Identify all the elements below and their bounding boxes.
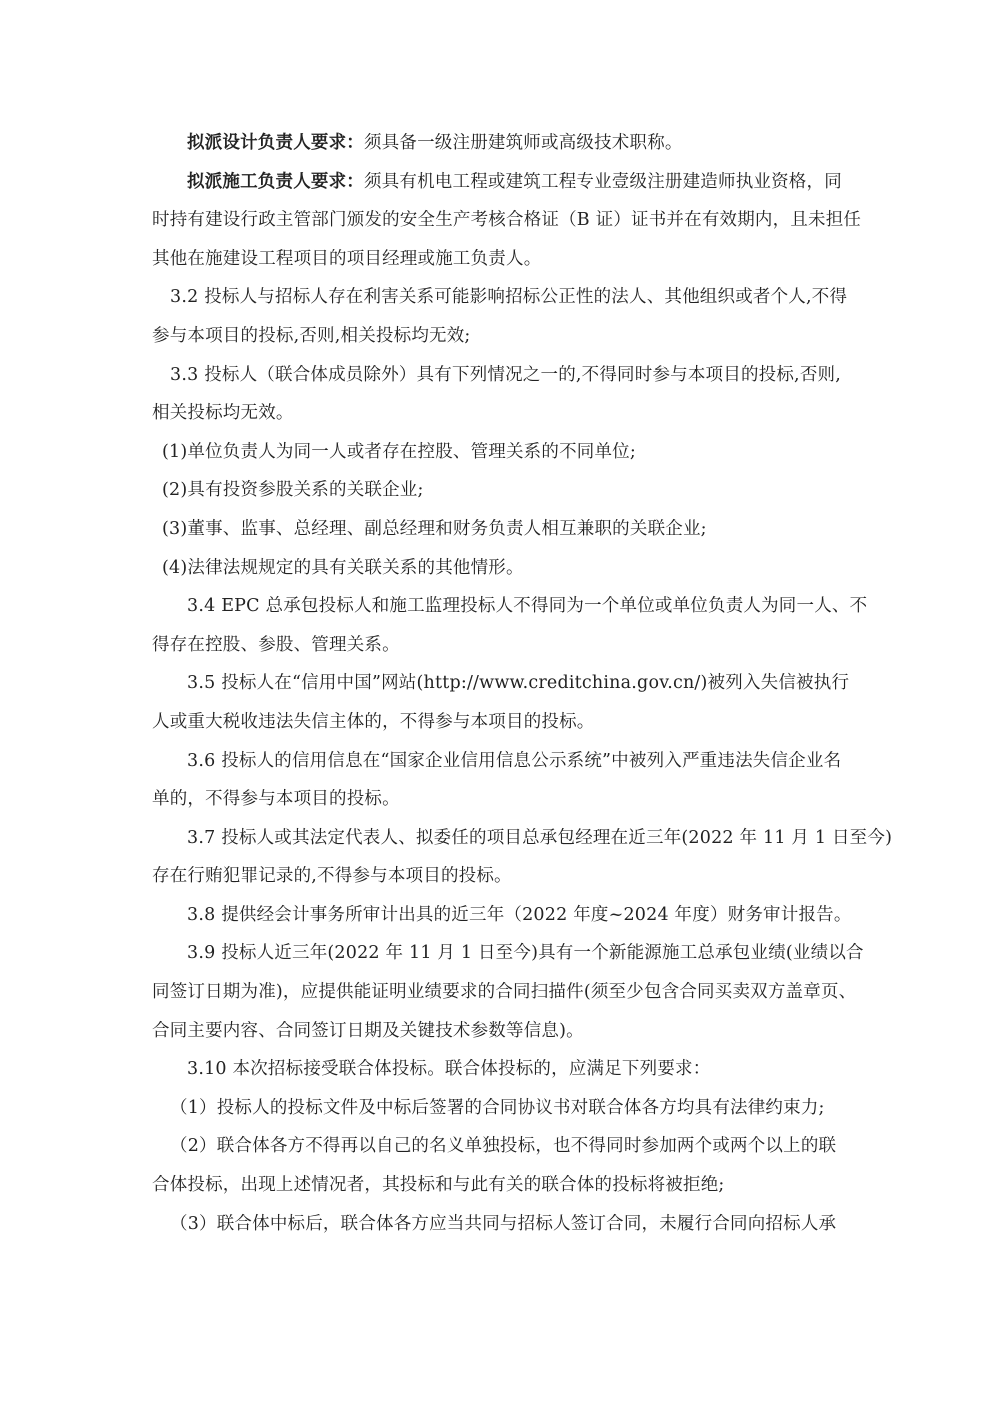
clause-3-3-item-4: (4)法律法规规定的具有关联关系的其他情形。 (152, 549, 852, 588)
clause-3-7: 3.7 投标人或其法定代表人、拟委任的项目总承包经理在近三年(2022 年 11… (152, 819, 852, 858)
paragraph-design-lead: 拟派设计负责人要求：须具备一级注册建筑师或高级技术职称。 (152, 124, 852, 163)
text-line: 存在行贿犯罪记录的,不得参与本项目的投标。 (152, 857, 852, 896)
clause-3-8: 3.8 提供经会计事务所审计出具的近三年（2022 年度~2024 年度）财务审… (152, 896, 852, 935)
clause-3-5-cont: 人或重大税收违法失信主体的，不得参与本项目的投标。 (152, 703, 852, 742)
text-line: 人或重大税收违法失信主体的，不得参与本项目的投标。 (152, 703, 852, 742)
document-page: 拟派设计负责人要求：须具备一级注册建筑师或高级技术职称。 拟派施工负责人要求：须… (152, 124, 852, 1243)
clause-3-3-cont: 相关投标均无效。 (152, 394, 852, 433)
clause-3-2: 3.2 投标人与招标人存在利害关系可能影响招标公正性的法人、其他组织或者个人,不… (152, 278, 852, 317)
text-line: 得存在控股、参股、管理关系。 (152, 626, 852, 665)
label-design-lead: 拟派设计负责人要求： (187, 133, 364, 153)
text-line: 3.2 投标人与招标人存在利害关系可能影响招标公正性的法人、其他组织或者个人,不… (152, 278, 852, 317)
text-line: 3.3 投标人（联合体成员除外）具有下列情况之一的,不得同时参与本项目的投标,否… (152, 356, 852, 395)
text-line: 其他在施建设工程项目的项目经理或施工负责人。 (152, 240, 852, 279)
text-line: 参与本项目的投标,否则,相关投标均无效; (152, 317, 852, 356)
clause-3-5: 3.5 投标人在“信用中国”网站(http://www.creditchina.… (152, 664, 852, 703)
text-line: 合体投标，出现上述情况者，其投标和与此有关的联合体的投标将被拒绝; (152, 1166, 852, 1205)
paragraph-construction-lead-cont: 时持有建设行政主管部门颁发的安全生产考核合格证（B 证）证书并在有效期内，且未担… (152, 201, 852, 278)
clause-3-10: 3.10 本次招标接受联合体投标。联合体投标的，应满足下列要求： (152, 1050, 852, 1089)
text-line: 3.8 提供经会计事务所审计出具的近三年（2022 年度~2024 年度）财务审… (152, 896, 852, 935)
text-line: (4)法律法规规定的具有关联关系的其他情形。 (152, 549, 852, 588)
text-line: (2)具有投资参股关系的关联企业; (152, 471, 852, 510)
text-design-lead: 须具备一级注册建筑师或高级技术职称。 (364, 133, 683, 153)
text-line: 3.9 投标人近三年(2022 年 11 月 1 日至今)具有一个新能源施工总承… (152, 934, 852, 973)
text-line: 3.6 投标人的信用信息在“国家企业信用信息公示系统”中被列入严重违法失信企业名 (152, 742, 852, 781)
clause-3-3-item-2: (2)具有投资参股关系的关联企业; (152, 471, 852, 510)
clause-3-7-cont: 存在行贿犯罪记录的,不得参与本项目的投标。 (152, 857, 852, 896)
text-line: (3)董事、监事、总经理、副总经理和财务负责人相互兼职的关联企业; (152, 510, 852, 549)
text-line: 时持有建设行政主管部门颁发的安全生产考核合格证（B 证）证书并在有效期内，且未担… (152, 201, 852, 240)
text-line: （3）联合体中标后，联合体各方应当共同与招标人签订合同，未履行合同向招标人承 (152, 1205, 852, 1244)
text-line: (1)单位负责人为同一人或者存在控股、管理关系的不同单位; (152, 433, 852, 472)
label-construction-lead: 拟派施工负责人要求： (187, 172, 364, 192)
text-line: 3.4 EPC 总承包投标人和施工监理投标人不得同为一个单位或单位负责人为同一人… (152, 587, 852, 626)
clause-3-9-cont: 同签订日期为准)，应提供能证明业绩要求的合同扫描件(须至少包含合同买卖双方盖章页… (152, 973, 852, 1050)
clause-3-10-item-2: （2）联合体各方不得再以自己的名义单独投标，也不得同时参加两个或两个以上的联 (152, 1127, 852, 1166)
clause-3-6-cont: 单的，不得参与本项目的投标。 (152, 780, 852, 819)
clause-3-10-item-2-cont: 合体投标，出现上述情况者，其投标和与此有关的联合体的投标将被拒绝; (152, 1166, 852, 1205)
text-line: （2）联合体各方不得再以自己的名义单独投标，也不得同时参加两个或两个以上的联 (152, 1127, 852, 1166)
text-line: 须具有机电工程或建筑工程专业壹级注册建造师执业资格，同 (364, 172, 842, 192)
text-line: 3.7 投标人或其法定代表人、拟委任的项目总承包经理在近三年(2022 年 11… (152, 819, 852, 858)
text-line: 单的，不得参与本项目的投标。 (152, 780, 852, 819)
clause-3-6: 3.6 投标人的信用信息在“国家企业信用信息公示系统”中被列入严重违法失信企业名 (152, 742, 852, 781)
text-line: （1）投标人的投标文件及中标后签署的合同协议书对联合体各方均具有法律约束力; (152, 1089, 852, 1128)
clause-3-10-item-3: （3）联合体中标后，联合体各方应当共同与招标人签订合同，未履行合同向招标人承 (152, 1205, 852, 1244)
text-line: 3.10 本次招标接受联合体投标。联合体投标的，应满足下列要求： (152, 1050, 852, 1089)
text-line: 相关投标均无效。 (152, 394, 852, 433)
clause-3-4: 3.4 EPC 总承包投标人和施工监理投标人不得同为一个单位或单位负责人为同一人… (152, 587, 852, 626)
clause-3-3-item-1: (1)单位负责人为同一人或者存在控股、管理关系的不同单位; (152, 433, 852, 472)
clause-3-9: 3.9 投标人近三年(2022 年 11 月 1 日至今)具有一个新能源施工总承… (152, 934, 852, 973)
text-line: 3.5 投标人在“信用中国”网站(http://www.creditchina.… (152, 664, 852, 703)
clause-3-4-cont: 得存在控股、参股、管理关系。 (152, 626, 852, 665)
clause-3-2-cont: 参与本项目的投标,否则,相关投标均无效; (152, 317, 852, 356)
text-line: 合同主要内容、合同签订日期及关键技术参数等信息)。 (152, 1012, 852, 1051)
paragraph-construction-lead: 拟派施工负责人要求：须具有机电工程或建筑工程专业壹级注册建造师执业资格，同 (152, 163, 852, 202)
text-line: 同签订日期为准)，应提供能证明业绩要求的合同扫描件(须至少包含合同买卖双方盖章页… (152, 973, 852, 1012)
clause-3-3: 3.3 投标人（联合体成员除外）具有下列情况之一的,不得同时参与本项目的投标,否… (152, 356, 852, 395)
clause-3-3-item-3: (3)董事、监事、总经理、副总经理和财务负责人相互兼职的关联企业; (152, 510, 852, 549)
clause-3-10-item-1: （1）投标人的投标文件及中标后签署的合同协议书对联合体各方均具有法律约束力; (152, 1089, 852, 1128)
